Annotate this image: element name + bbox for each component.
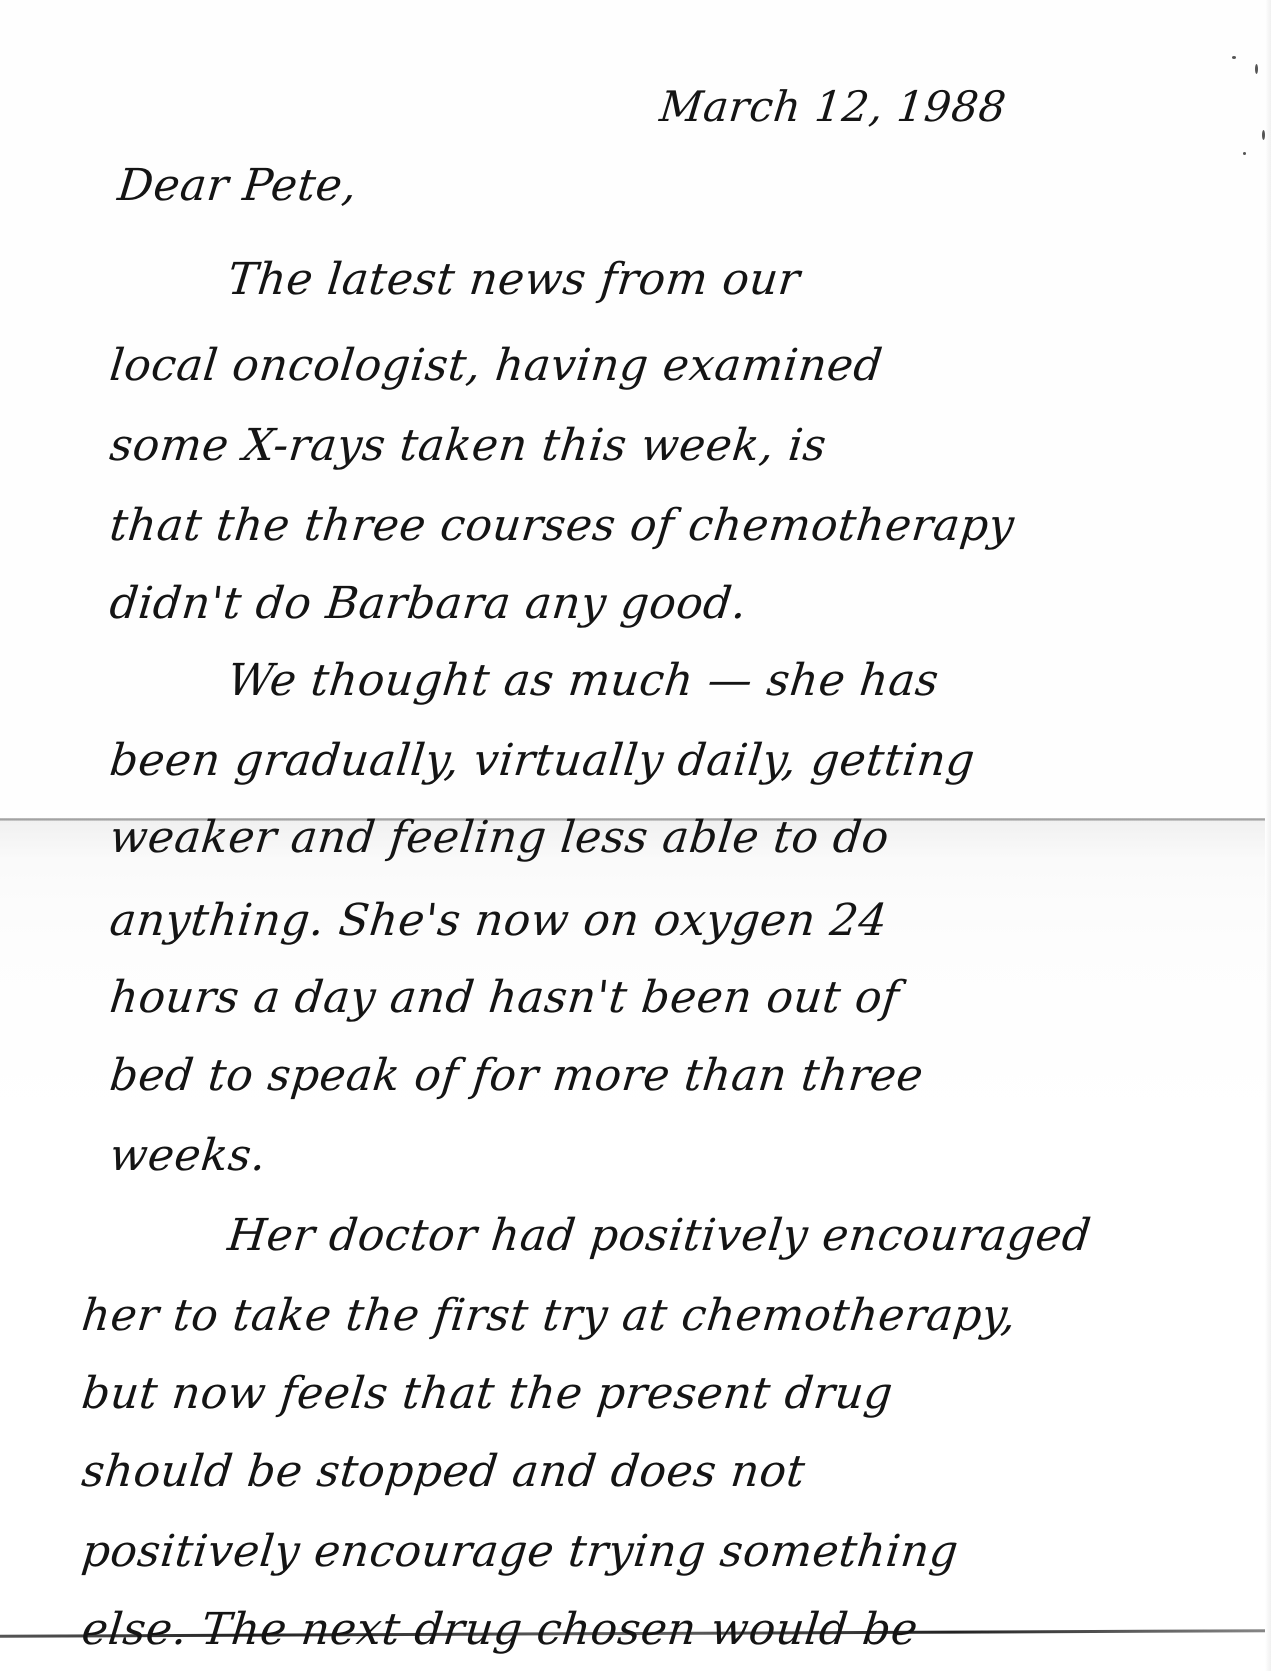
letter-line: positively encourage trying something xyxy=(79,1526,961,1577)
letter-line: The latest news from our xyxy=(225,254,802,305)
letter-line: Her doctor had positively encouraged xyxy=(225,1210,1093,1261)
paper-speck xyxy=(1255,64,1258,74)
letter-line: that the three courses of chemotherapy xyxy=(107,500,1016,551)
letter-line: but now feels that the present drug xyxy=(79,1368,895,1419)
letter-line: anything. She's now on oxygen 24 xyxy=(107,895,890,946)
letter-line: bed to speak of for more than three xyxy=(107,1050,926,1101)
letter-line: weeks. xyxy=(107,1130,268,1181)
letter-salutation: Dear Pete, xyxy=(115,160,359,211)
letter-line: her to take the first try at chemotherap… xyxy=(79,1290,1018,1341)
letter-date: March 12, 1988 xyxy=(657,82,1008,131)
paper-speck xyxy=(1262,130,1265,140)
paper-speck xyxy=(1232,56,1236,59)
letter-line: didn't do Barbara any good. xyxy=(107,578,749,629)
letter-line: local oncologist, having examined xyxy=(107,340,885,391)
letter-line: weaker and feeling less able to do xyxy=(107,812,891,863)
letter-page: March 12, 1988 Dear Pete, The latest new… xyxy=(0,0,1271,1671)
letter-line: some X-rays taken this week, is xyxy=(107,420,829,471)
letter-line: been gradually, virtually daily, getting xyxy=(107,735,977,786)
letter-line: else. The next drug chosen would be xyxy=(79,1604,920,1655)
paper-right-edge xyxy=(1265,0,1271,1671)
paper-speck xyxy=(1243,152,1246,155)
letter-line: should be stopped and does not xyxy=(79,1446,807,1497)
letter-line: hours a day and hasn't been out of xyxy=(107,972,901,1023)
letter-line: We thought as much — she has xyxy=(225,655,941,706)
